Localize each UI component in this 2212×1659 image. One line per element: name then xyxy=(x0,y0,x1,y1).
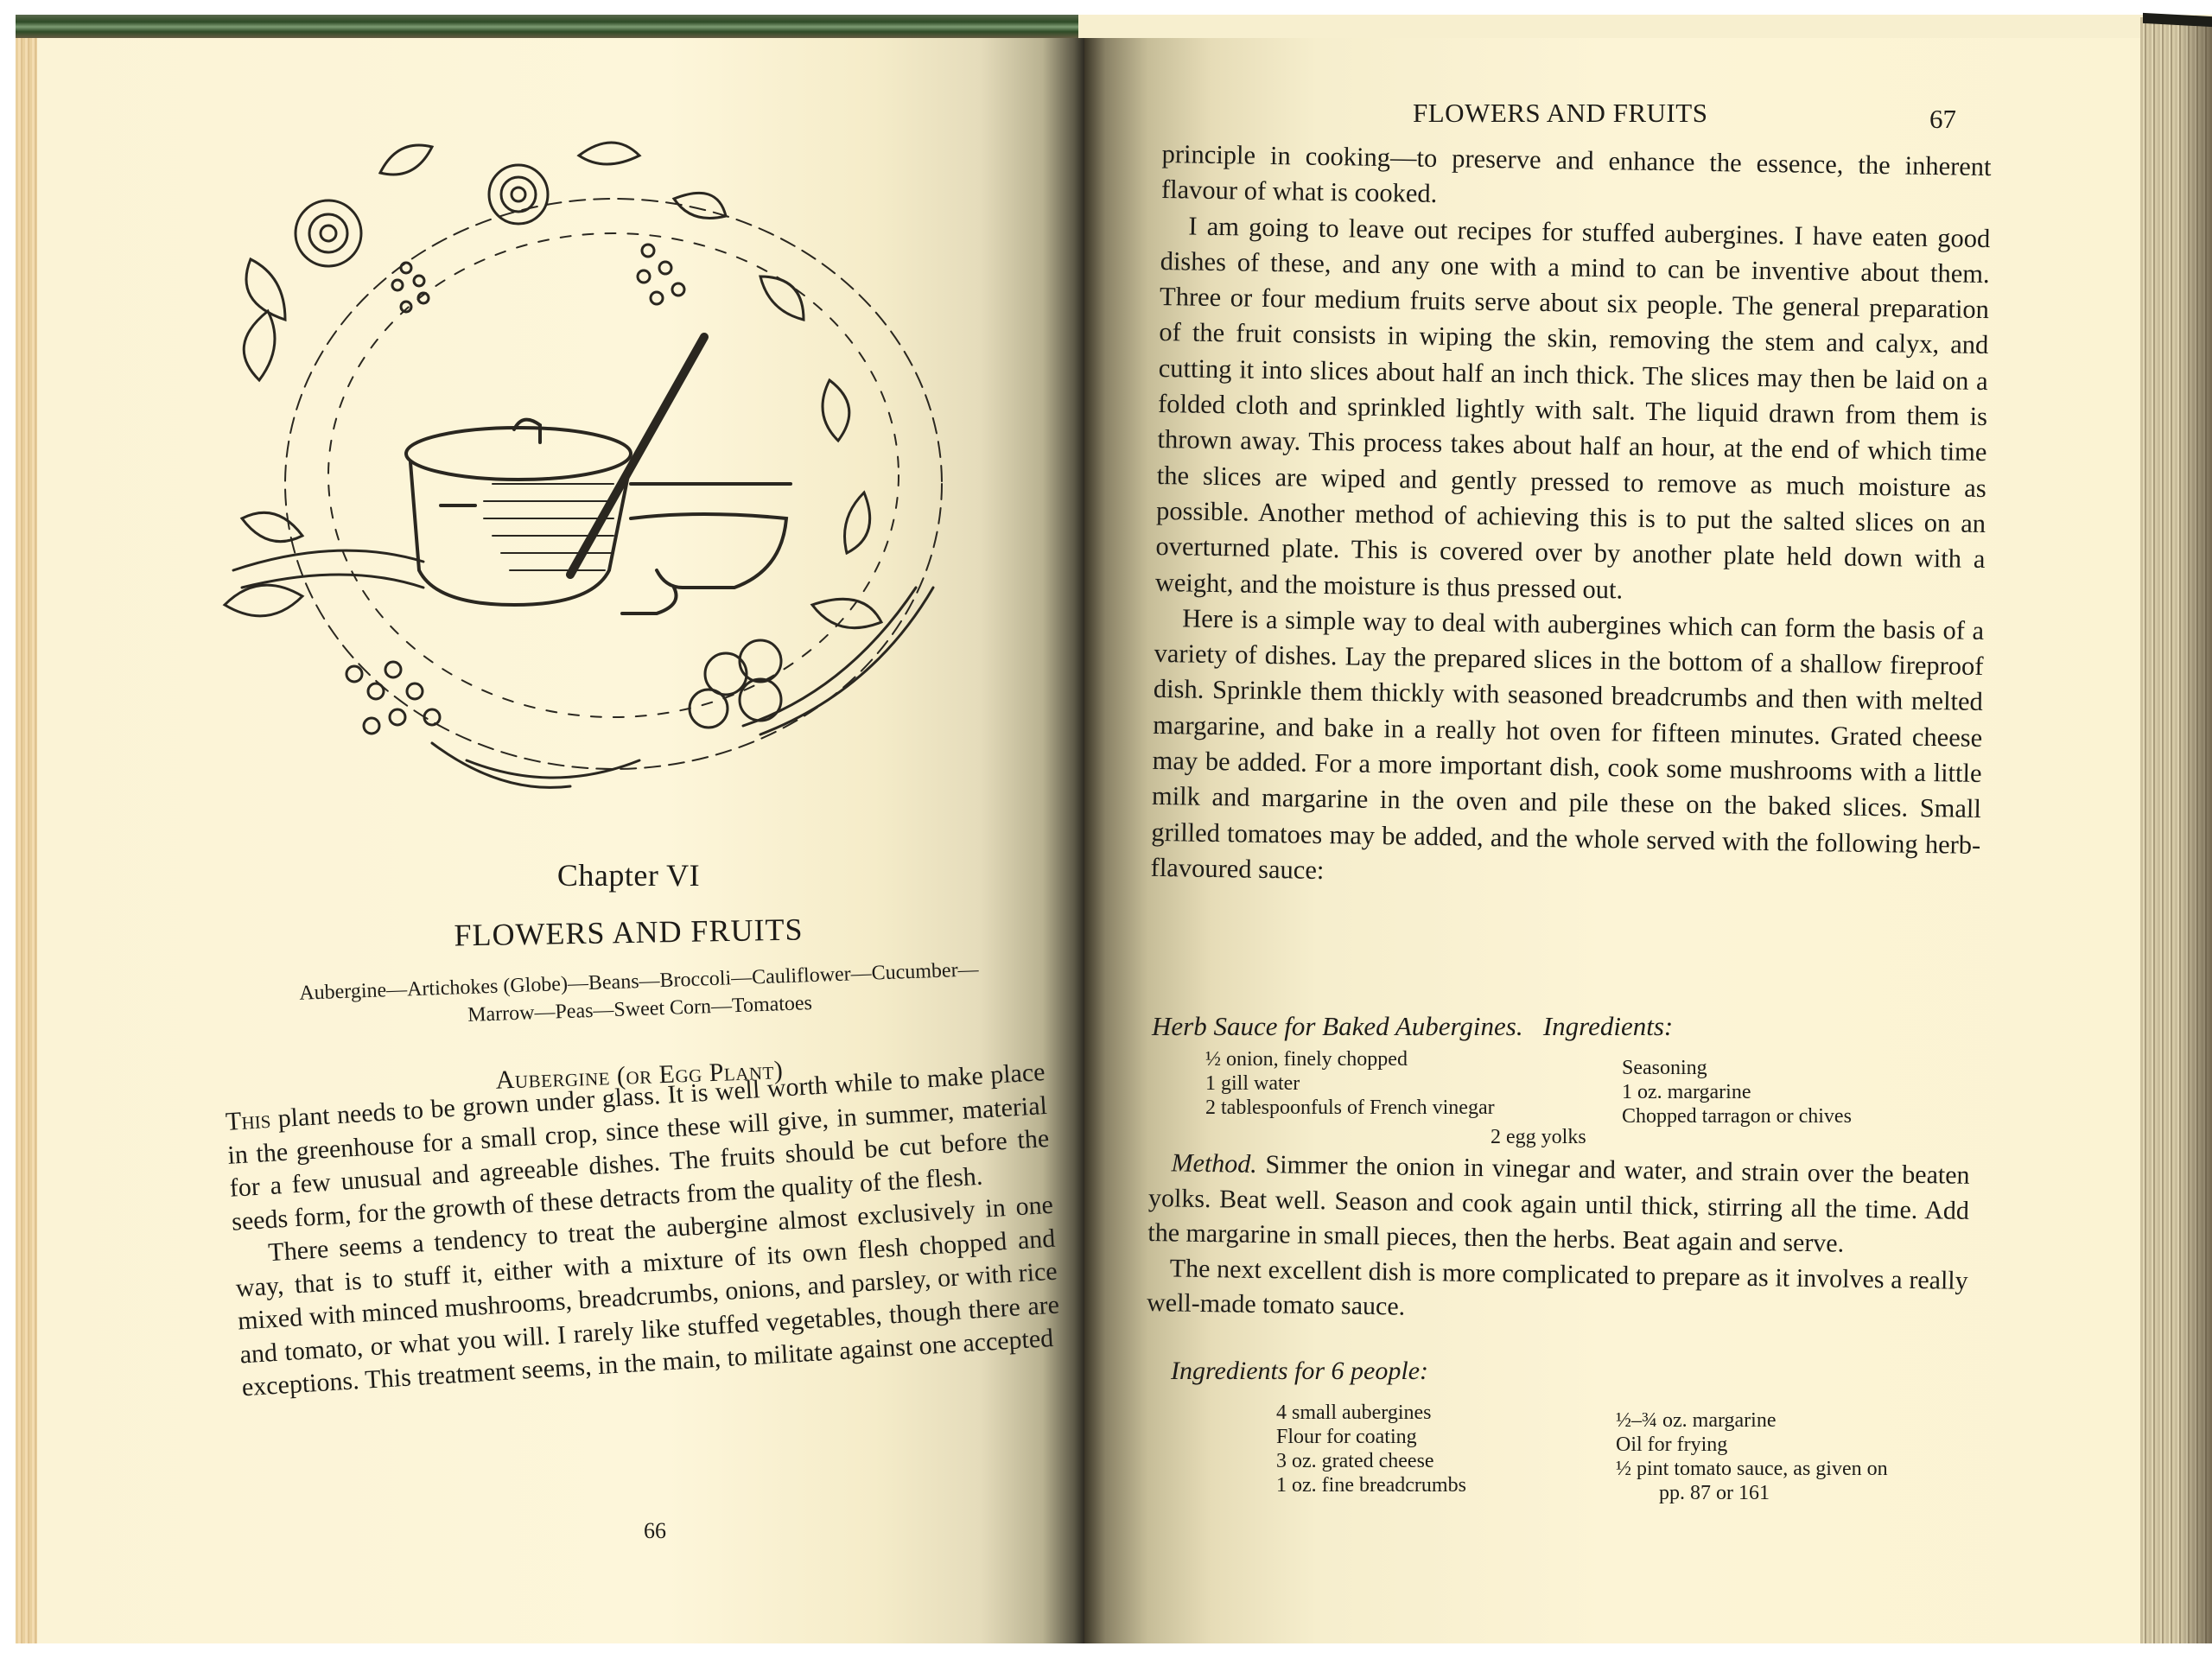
ingredient: 1 oz. fine breadcrumbs xyxy=(1276,1473,1466,1497)
ingredient: Oil for frying xyxy=(1616,1433,1888,1457)
ingredient: 1 oz. margarine xyxy=(1622,1080,1852,1104)
ingredient: Chopped tarragon or chives xyxy=(1622,1104,1852,1128)
ingredient: 4 small aubergines xyxy=(1276,1401,1466,1425)
paragraph: principle in cooking—to preserve and enh… xyxy=(1161,137,1992,221)
ingredients-list-right: ½–¾ oz. margarine Oil for frying ½ pint … xyxy=(1616,1408,1888,1505)
ingredients-label: Ingredients: xyxy=(1543,1011,1673,1041)
ingredient: Flour for coating xyxy=(1276,1425,1466,1449)
paragraph: I am going to leave out recipes for stuf… xyxy=(1155,208,1991,613)
ingredient: ½ pint tomato sauce, as given on xyxy=(1616,1457,1888,1481)
paragraph: Here is a simple way to deal with auberg… xyxy=(1150,601,1984,899)
wreath-illustration xyxy=(207,121,1028,812)
ingredient: ½ onion, finely chopped xyxy=(1205,1047,1495,1071)
ingredient: 3 oz. grated cheese xyxy=(1276,1449,1466,1473)
wreath-foliage-icon xyxy=(225,143,942,787)
chapter-number: Chapter VI xyxy=(0,857,1257,893)
ingredients-list-right: Seasoning 1 oz. margarine Chopped tarrag… xyxy=(1622,1056,1852,1128)
edge-shadow xyxy=(2177,17,2212,1643)
ingredients-list-left: ½ onion, finely chopped 1 gill water 2 t… xyxy=(1205,1047,1495,1120)
recipe-title: Herb Sauce for Baked Aubergines. Ingredi… xyxy=(1152,1011,1673,1042)
ingredient: ½–¾ oz. margarine xyxy=(1616,1408,1888,1433)
method-text: Method. Simmer the onion in vinegar and … xyxy=(1147,1146,1970,1333)
left-page-body: This plant needs to be grown under glass… xyxy=(225,1056,1062,1405)
ingredient: pp. 87 or 161 xyxy=(1616,1481,1888,1505)
running-head: FLOWERS AND FRUITS xyxy=(1413,98,1707,129)
saucepan-icon xyxy=(406,337,791,613)
page-number: 67 xyxy=(1929,104,1956,135)
page-edges-left xyxy=(16,38,37,1643)
ingredient: Seasoning xyxy=(1622,1056,1852,1080)
ingredients-heading: Ingredients for 6 people: xyxy=(1171,1357,1428,1386)
method-label: Method. xyxy=(1171,1148,1257,1179)
book-cover-edge xyxy=(16,15,1078,39)
page-number: 66 xyxy=(644,1518,666,1544)
ingredient: 1 gill water xyxy=(1205,1071,1495,1096)
ingredient-center: 2 egg yolks xyxy=(1491,1125,1586,1149)
ingredient: 2 tablespoonfuls of French vinegar xyxy=(1205,1096,1495,1120)
right-page-body: principle in cooking—to preserve and enh… xyxy=(1150,137,1992,899)
paragraph: The next excellent dish is more complica… xyxy=(1147,1250,1968,1333)
paragraph: Method. Simmer the onion in vinegar and … xyxy=(1147,1146,1970,1263)
ingredients-list-left: 4 small aubergines Flour for coating 3 o… xyxy=(1276,1401,1466,1497)
drop-cap-word: This xyxy=(225,1105,271,1136)
